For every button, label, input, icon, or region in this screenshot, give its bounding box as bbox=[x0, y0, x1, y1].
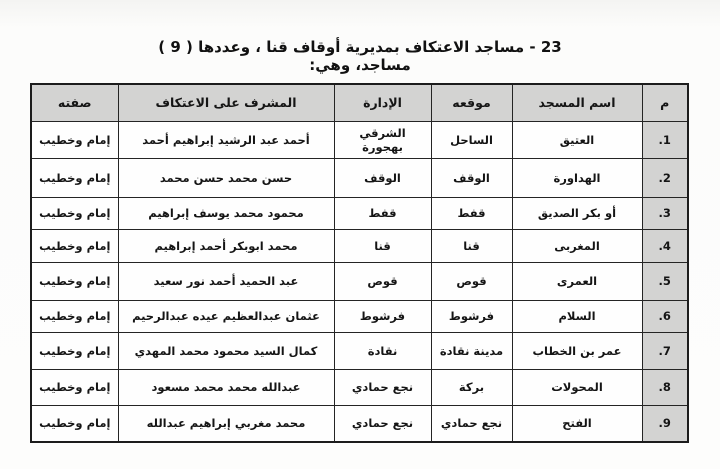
supervisor-cell: عثمان عبدالعظيم عيده عبدالرحيم bbox=[118, 300, 334, 332]
capacity-cell: إمام وخطيب bbox=[31, 158, 118, 197]
supervisor-cell: أحمد عبد الرشيد إبراهيم أحمد bbox=[118, 121, 334, 158]
row-number: 3. bbox=[642, 197, 688, 229]
admin-cell: نجع حمادي bbox=[334, 369, 431, 405]
mosque-name-cell: العمرى bbox=[512, 262, 642, 300]
row-number: 1. bbox=[642, 121, 688, 158]
row-number: 9. bbox=[642, 405, 688, 442]
location-cell: الوقف bbox=[431, 158, 512, 197]
table-row: 2. الهداورة الوقف الوقف حسن محمد حسن محم… bbox=[31, 158, 688, 197]
table-header-row: م اسم المسجد موقعه الإدارة المشرف على ال… bbox=[31, 84, 688, 121]
location-cell: فرشوط bbox=[431, 300, 512, 332]
row-number: 2. bbox=[642, 158, 688, 197]
admin-cell: قوص bbox=[334, 262, 431, 300]
table-row: 9. الفتح نجع حمادي نجع حمادي محمد مغربي … bbox=[31, 405, 688, 442]
supervisor-cell: محمود محمد يوسف إبراهيم bbox=[118, 197, 334, 229]
admin-cell: قفط bbox=[334, 197, 431, 229]
capacity-cell: إمام وخطيب bbox=[31, 332, 118, 369]
location-cell: نجع حمادي bbox=[431, 405, 512, 442]
mosque-name-cell: الفتح bbox=[512, 405, 642, 442]
supervisor-cell: عبد الحميد أحمد نور سعيد bbox=[118, 262, 334, 300]
row-number: 7. bbox=[642, 332, 688, 369]
location-cell: قفط bbox=[431, 197, 512, 229]
supervisor-cell: محمد ابوبكر أحمد إبراهيم bbox=[118, 229, 334, 262]
admin-cell: فرشوط bbox=[334, 300, 431, 332]
admin-cell: الوقف bbox=[334, 158, 431, 197]
col-header-capacity: صفته bbox=[31, 84, 118, 121]
location-cell: قوص bbox=[431, 262, 512, 300]
mosque-name-cell: الهداورة bbox=[512, 158, 642, 197]
capacity-cell: إمام وخطيب bbox=[31, 369, 118, 405]
admin-cell: الشرقي بهجورة bbox=[334, 121, 431, 158]
col-header-admin: الإدارة bbox=[334, 84, 431, 121]
admin-cell: نقادة bbox=[334, 332, 431, 369]
table-row: 8. المحولات بركة نجع حمادي عبدالله محمد … bbox=[31, 369, 688, 405]
document-page: 23 - مساجد الاعتكاف بمديرية أوقاف قنا ، … bbox=[0, 0, 720, 469]
mosque-name-cell: المحولات bbox=[512, 369, 642, 405]
capacity-cell: إمام وخطيب bbox=[31, 405, 118, 442]
location-cell: بركة bbox=[431, 369, 512, 405]
table-row: 5. العمرى قوص قوص عبد الحميد أحمد نور سع… bbox=[31, 262, 688, 300]
row-number: 6. bbox=[642, 300, 688, 332]
location-cell: الساحل bbox=[431, 121, 512, 158]
supervisor-cell: كمال السيد محمود محمد المهدي bbox=[118, 332, 334, 369]
mosque-name-cell: المغربى bbox=[512, 229, 642, 262]
capacity-cell: إمام وخطيب bbox=[31, 300, 118, 332]
admin-cell: قنا bbox=[334, 229, 431, 262]
location-cell: قنا bbox=[431, 229, 512, 262]
table-row: 4. المغربى قنا قنا محمد ابوبكر أحمد إبرا… bbox=[31, 229, 688, 262]
mosques-table: م اسم المسجد موقعه الإدارة المشرف على ال… bbox=[30, 83, 689, 443]
document-title: 23 - مساجد الاعتكاف بمديرية أوقاف قنا ، … bbox=[140, 38, 580, 74]
capacity-cell: إمام وخطيب bbox=[31, 121, 118, 158]
row-number: 4. bbox=[642, 229, 688, 262]
mosque-name-cell: عمر بن الخطاب bbox=[512, 332, 642, 369]
supervisor-cell: حسن محمد حسن محمد bbox=[118, 158, 334, 197]
capacity-cell: إمام وخطيب bbox=[31, 197, 118, 229]
col-header-location: موقعه bbox=[431, 84, 512, 121]
row-number: 5. bbox=[642, 262, 688, 300]
admin-cell: نجع حمادي bbox=[334, 405, 431, 442]
mosque-name-cell: السلام bbox=[512, 300, 642, 332]
table-row: 1. العتيق الساحل الشرقي بهجورة أحمد عبد … bbox=[31, 121, 688, 158]
table-row: 6. السلام فرشوط فرشوط عثمان عبدالعظيم عي… bbox=[31, 300, 688, 332]
supervisor-cell: عبدالله محمد محمد مسعود bbox=[118, 369, 334, 405]
capacity-cell: إمام وخطيب bbox=[31, 229, 118, 262]
location-cell: مدينة نقادة bbox=[431, 332, 512, 369]
supervisor-cell: محمد مغربي إبراهيم عبدالله bbox=[118, 405, 334, 442]
row-number: 8. bbox=[642, 369, 688, 405]
mosque-name-cell: العتيق bbox=[512, 121, 642, 158]
table-row: 3. أو بكر الصديق قفط قفط محمود محمد يوسف… bbox=[31, 197, 688, 229]
mosque-name-cell: أو بكر الصديق bbox=[512, 197, 642, 229]
capacity-cell: إمام وخطيب bbox=[31, 262, 118, 300]
col-header-mosque-name: اسم المسجد bbox=[512, 84, 642, 121]
table-row: 7. عمر بن الخطاب مدينة نقادة نقادة كمال … bbox=[31, 332, 688, 369]
col-header-num: م bbox=[642, 84, 688, 121]
col-header-supervisor: المشرف على الاعتكاف bbox=[118, 84, 334, 121]
